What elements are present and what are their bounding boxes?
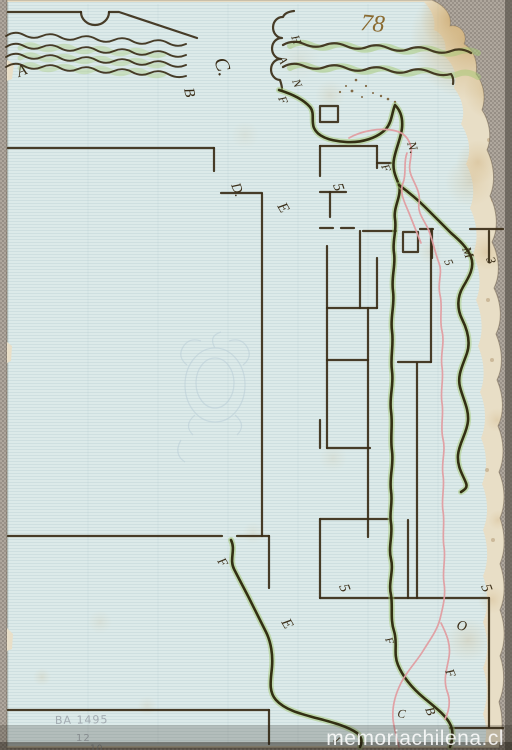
paper-laid-texture bbox=[7, 2, 487, 746]
site-watermark: memoriachilena.cl bbox=[326, 727, 504, 750]
scanned-map-page: A B C. H A N F N. D. E 5 F 5 M 3 F E 5 5… bbox=[0, 0, 512, 750]
scan-right-edge bbox=[505, 0, 512, 750]
page-number: 78 bbox=[359, 10, 385, 38]
map-canvas: A B C. H A N F N. D. E 5 F 5 M 3 F E 5 5… bbox=[0, 0, 512, 750]
paper bbox=[7, 0, 512, 748]
pencil-note-line1: BA 1495 bbox=[55, 713, 109, 727]
